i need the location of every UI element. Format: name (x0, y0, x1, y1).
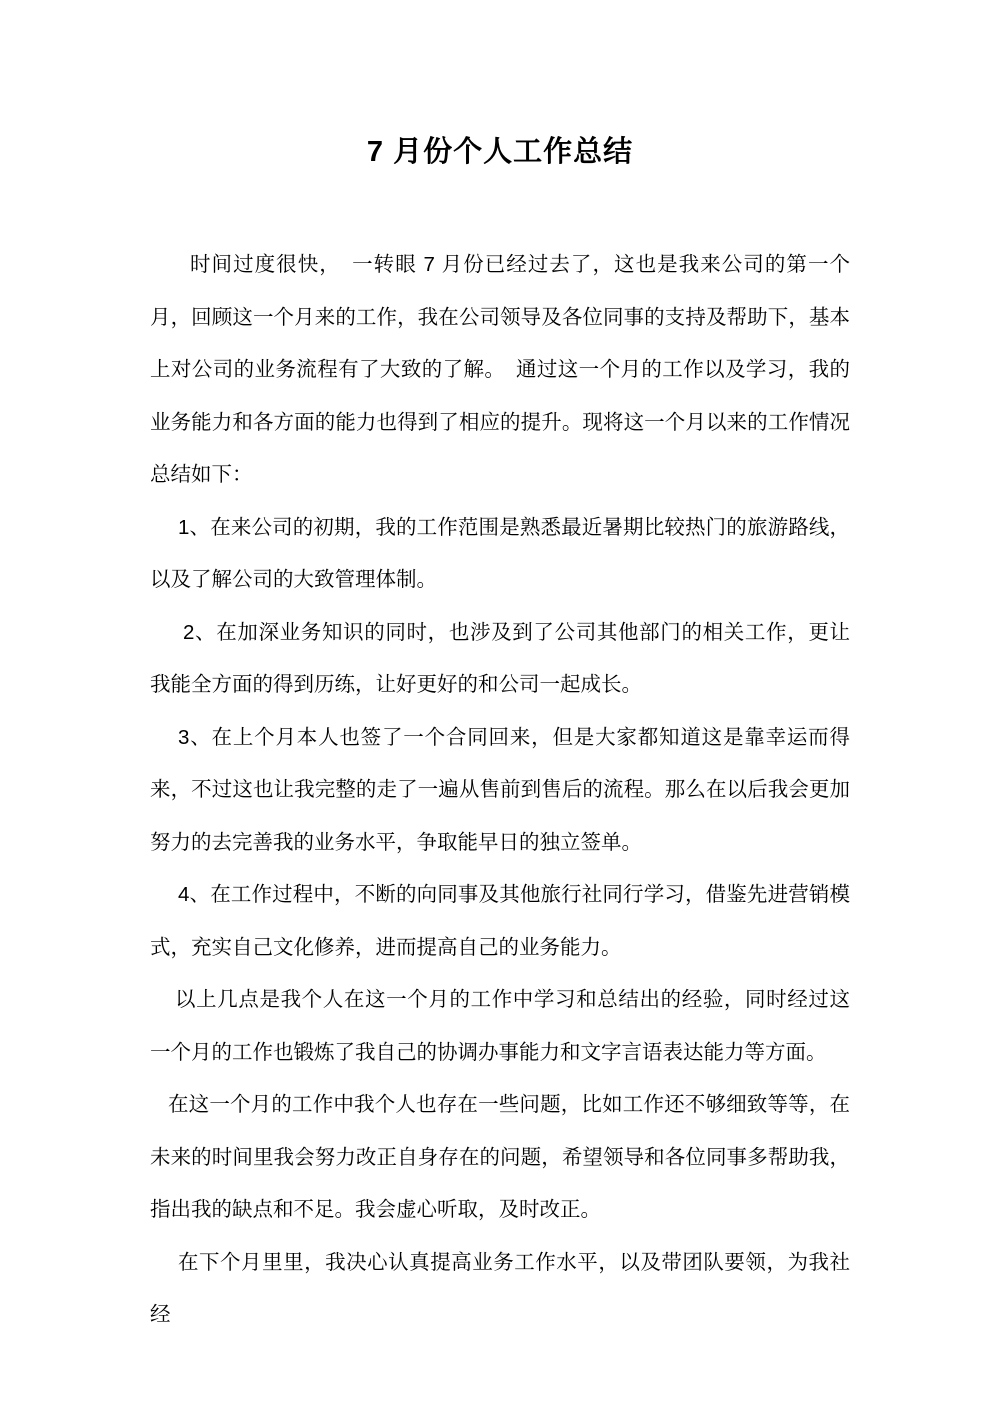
paragraph-item-1: 1、在来公司的初期，我的工作范围是熟悉最近暑期比较热门的旅游路线，以及了解公司的… (150, 502, 850, 607)
paragraph-summary: 以上几点是我个人在这一个月的工作中学习和总结出的经验，同时经过这一个月的工作也锻… (150, 974, 850, 1079)
paragraph-intro: 时间过度很快， 一转眼 7 月份已经过去了，这也是我来公司的第一个月，回顾这一个… (150, 239, 850, 502)
paragraph-item-4: 4、在工作过程中，不断的向同事及其他旅行社同行学习，借鉴先进营销模式，充实自己文… (150, 869, 850, 974)
document-title: 7 月份个人工作总结 (150, 130, 850, 174)
document-page: 7 月份个人工作总结 时间过度很快， 一转眼 7 月份已经过去了，这也是我来公司… (0, 0, 1000, 1415)
paragraph-next-month: 在下个月里里，我决心认真提高业务工作水平，以及带团队要领，为我社经 (150, 1237, 850, 1342)
paragraph-item-3: 3、在上个月本人也签了一个合同回来，但是大家都知道这是靠幸运而得来，不过这也让我… (150, 712, 850, 870)
document-body: 时间过度很快， 一转眼 7 月份已经过去了，这也是我来公司的第一个月，回顾这一个… (150, 239, 850, 1342)
paragraph-item-2: 2、在加深业务知识的同时，也涉及到了公司其他部门的相关工作，更让我能全方面的得到… (150, 607, 850, 712)
paragraph-problems: 在这一个月的工作中我个人也存在一些问题，比如工作还不够细致等等，在未来的时间里我… (150, 1079, 850, 1237)
